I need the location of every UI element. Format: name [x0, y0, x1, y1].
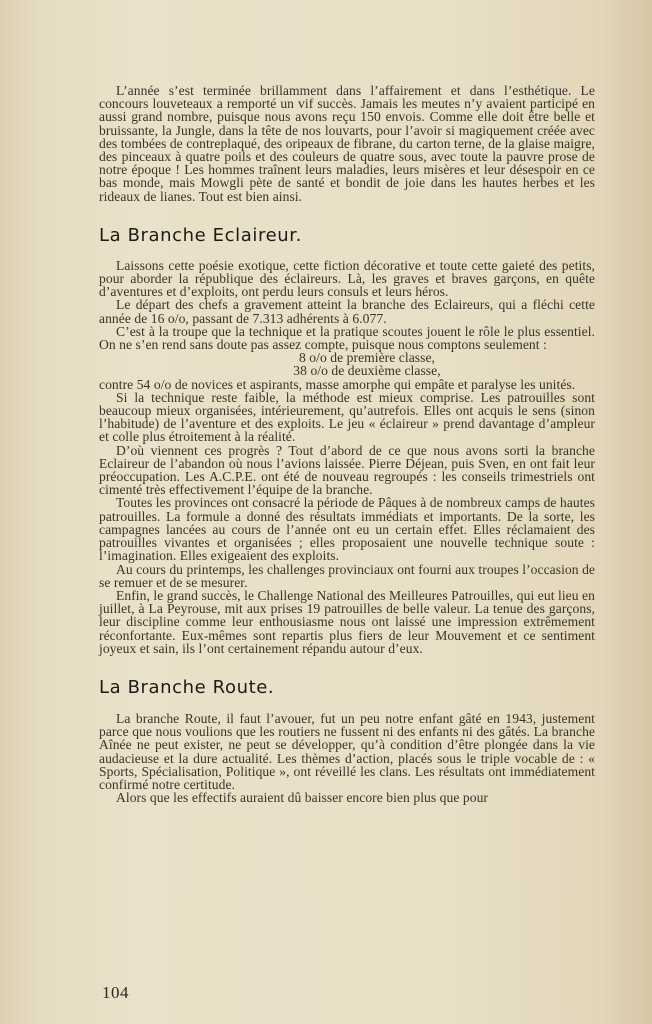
eclaireur-paragraph-8: Enfin, le grand succès, le Challenge Nat… [99, 589, 595, 655]
route-paragraph-2: Alors que les effectifs auraient dû bais… [99, 791, 595, 804]
eclaireur-paragraph-4: Si la technique reste faible, la méthode… [99, 391, 595, 444]
section-heading-eclaireur: La Branche Eclaireur. [99, 225, 595, 246]
section-heading-route: La Branche Route. [99, 677, 595, 698]
page-number: 104 [102, 983, 129, 1003]
eclaireur-paragraph-5: D’où viennent ces progrès ? Tout d’abord… [99, 444, 595, 497]
eclaireur-paragraph-3-continued: contre 54 o/o de novices et aspirants, m… [99, 378, 595, 391]
eclaireur-paragraph-7: Au cours du printemps, les challenges pr… [99, 563, 595, 589]
page-body: L’année s’est terminée brillamment dans … [99, 84, 595, 804]
eclaireur-paragraph-1: Laissons cette poésie exotique, cette fi… [99, 259, 595, 299]
eclaireur-paragraph-6: Toutes les provinces ont consacré la pér… [99, 496, 595, 562]
eclaireur-paragraph-3: C’est à la troupe que la technique et la… [99, 325, 595, 351]
route-paragraph-1: La branche Route, il faut l’avouer, fut … [99, 712, 595, 791]
intro-paragraph: L’année s’est terminée brillamment dans … [99, 84, 595, 203]
eclaireur-paragraph-2: Le départ des chefs a gravement atteint … [99, 298, 595, 324]
stat-second-class: 38 o/o de deuxième classe, [99, 364, 595, 377]
